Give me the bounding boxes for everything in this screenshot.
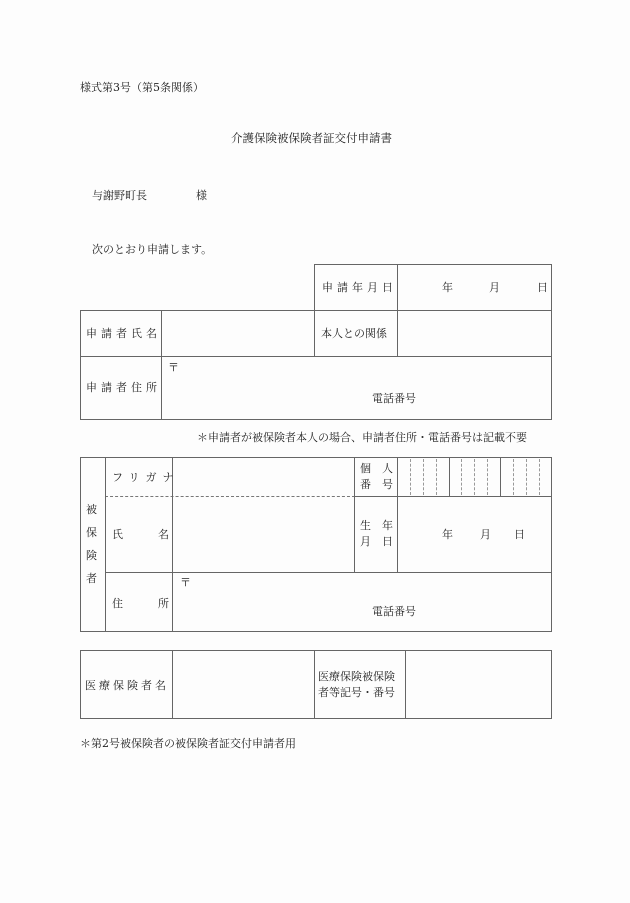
footer-note: ＊第2号被保険者の被保険者証交付申請者用 (80, 738, 296, 749)
date-month-label: 月 (489, 282, 500, 293)
name-label-1: 氏 (112, 529, 123, 540)
postal-mark: 〒 (180, 577, 191, 588)
name-label-2: 名 (158, 529, 169, 540)
insured-number-label-1: 医療保険被保険 (318, 671, 395, 682)
furigana-label: フリガナ (112, 472, 179, 483)
phone-label: 電話番号 (372, 606, 416, 617)
page-title: 介護保険被保険者証交付申請書 (231, 133, 392, 145)
birthdate-field[interactable] (399, 498, 554, 573)
address-label-2: 所 (158, 598, 169, 609)
date-day-label: 日 (537, 282, 548, 293)
form-number: 様式第3号（第5条関係） (80, 82, 204, 93)
intro-text: 次のとおり申請します。 (92, 244, 212, 255)
insured-section-label-2: 保 (86, 527, 97, 538)
applicant-name-label: 申請者氏名 (86, 328, 161, 339)
furigana-field[interactable] (174, 459, 357, 497)
honorific: 様 (196, 190, 207, 201)
insured-name-field[interactable] (174, 498, 357, 573)
addressee: 与謝野町長 (92, 190, 147, 201)
birth-day-label: 日 (514, 529, 525, 540)
postal-mark: 〒 (168, 362, 179, 373)
relationship-label: 本人との関係 (321, 328, 387, 339)
insured-phone-field[interactable] (425, 604, 553, 624)
insurer-name-field[interactable] (174, 652, 317, 719)
individual-number-label-2: 番 号 (360, 479, 393, 490)
insured-number-label-2: 者等記号・番号 (318, 687, 395, 698)
insured-section-label-4: 者 (86, 573, 97, 584)
application-date-field[interactable] (398, 266, 554, 311)
applicant-phone-field[interactable] (425, 392, 553, 412)
address-label-1: 住 (112, 598, 123, 609)
individual-number-field[interactable] (398, 459, 554, 497)
birth-year-label: 年 (442, 529, 453, 540)
insured-section-label-1: 被 (86, 504, 97, 515)
applicant-address-label: 申請者住所 (86, 382, 161, 393)
individual-number-label-1: 個 人 (360, 463, 393, 474)
birthdate-label-2: 月 日 (360, 536, 393, 547)
applicant-note: ＊申請者が被保険者本人の場合、申請者住所・電話番号は記載不要 (197, 432, 527, 443)
insurer-name-label: 医療保険者名 (85, 680, 169, 691)
date-year-label: 年 (442, 282, 453, 293)
application-date-label: 申請年月日 (322, 282, 397, 293)
insured-number-field[interactable] (407, 652, 554, 719)
relationship-field[interactable] (399, 312, 554, 357)
insured-section-label-3: 険 (86, 550, 97, 561)
phone-label: 電話番号 (372, 393, 416, 404)
birth-month-label: 月 (480, 529, 491, 540)
applicant-name-field[interactable] (163, 312, 317, 357)
applicant-address-field[interactable] (163, 374, 553, 394)
birthdate-label-1: 生 年 (360, 520, 393, 531)
